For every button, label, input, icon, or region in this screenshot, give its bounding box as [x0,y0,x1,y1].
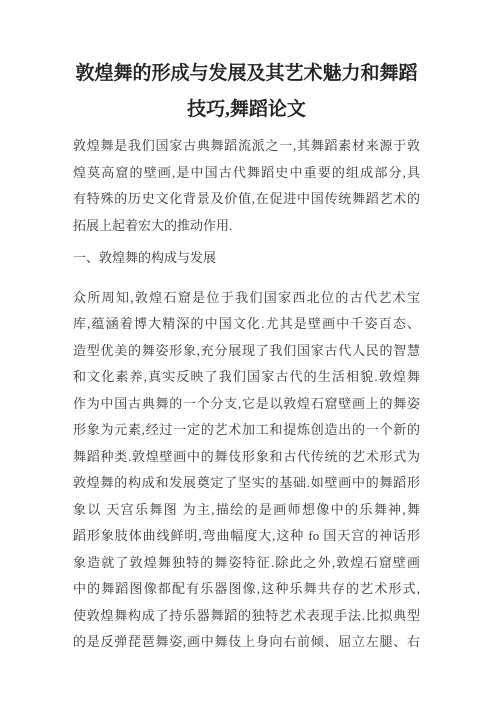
text-line: 和文化素养,真实反映了我们国家古代的生活相貌.敦煌舞 [73,364,420,391]
text-line: 拓展上起着宏大的推动作用. [73,213,420,240]
text-line: 舞蹈种类.敦煌壁画中的舞伎形象和古代传统的艺术形式为 [73,444,420,471]
text-line: 象以 天宫乐舞图 为主,描绘的是画师想像中的乐舞神,舞 [73,497,420,524]
intro-paragraph: 敦煌舞是我们国家古典舞蹈流派之一,其舞蹈素材来源于敦煌莫高窟的壁画,是中国古代舞… [73,133,420,239]
text-line: 作为中国古典舞的一个分支,它是以敦煌石窟壁画上的舞姿 [73,391,420,418]
text-line: 有特殊的历史文化背景及价值,在促进中国传统舞蹈艺术的 [73,186,420,213]
text-line: 造型优美的舞姿形象,充分展现了我们国家古代人民的智慧 [73,338,420,365]
text-line: 敦煌舞的构成和发展奠定了坚实的基础.如壁画中的舞蹈形 [73,470,420,497]
page-title: 敦煌舞的形成与发展及其艺术魅力和舞蹈技巧,舞蹈论文 [73,56,420,128]
text-line: 库,蕴涵着博大精深的中国文化.尤其是壁画中千姿百态、 [73,311,420,338]
text-line: 中的舞蹈图像都配有乐器图像,这种乐舞共存的艺术形式, [73,576,420,603]
text-line: 敦煌舞的形成与发展及其艺术魅力和舞蹈 [73,56,420,92]
text-line: 敦煌舞是我们国家古典舞蹈流派之一,其舞蹈素材来源于敦 [73,133,420,160]
section-heading: 一、敦煌舞的构成与发展 [73,245,420,272]
document-page: 敦煌舞的形成与发展及其艺术魅力和舞蹈技巧,舞蹈论文 敦煌舞是我们国家古典舞蹈流派… [0,0,500,707]
document-content: 敦煌舞的形成与发展及其艺术魅力和舞蹈技巧,舞蹈论文 敦煌舞是我们国家古典舞蹈流派… [73,0,420,656]
text-line: 的是反弹琵琶舞姿,画中舞伎上身向右前倾、屈立左腿、右 [73,629,420,656]
text-line: 技巧,舞蹈论文 [73,92,420,128]
text-line: 形象为元素,经过一定的艺术加工和提炼创造出的一个新的 [73,417,420,444]
text-line: 蹈形象肢体曲线鲜明,弯曲幅度大,这种 fo 国天宫的神话形 [73,523,420,550]
text-line: 煌莫高窟的壁画,是中国古代舞蹈史中重要的组成部分,具 [73,160,420,187]
text-line: 象造就了敦煌舞独特的舞姿特征.除此之外,敦煌石窟壁画 [73,550,420,577]
text-line: 使敦煌舞构成了持乐器舞蹈的独特艺术表现手法.比拟典型 [73,603,420,630]
text-line: 众所周知,敦煌石窟是位于我们国家西北位的古代艺术宝 [73,285,420,312]
body-paragraph: 众所周知,敦煌石窟是位于我们国家西北位的古代艺术宝库,蕴涵着博大精深的中国文化.… [73,285,420,656]
